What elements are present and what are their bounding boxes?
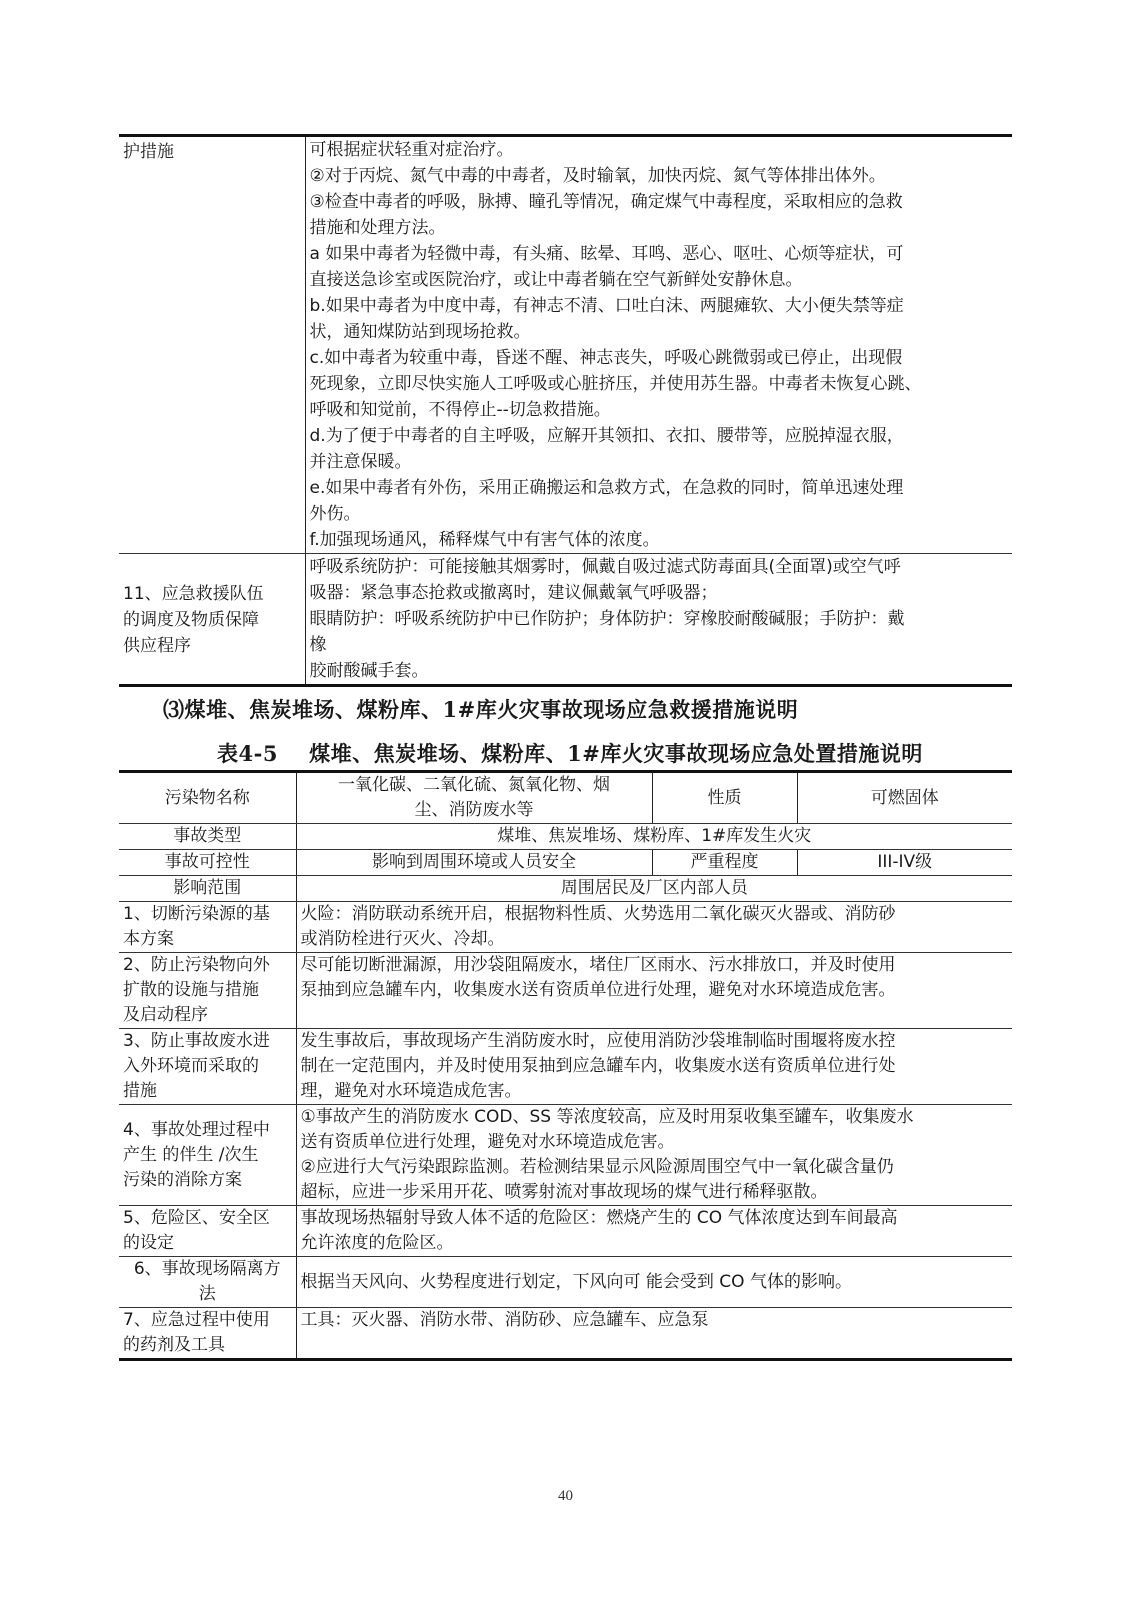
content-line: d.为了便于中毒者的自主呼吸，应解开其领扣、衣扣、腰带等，应脱掉湿衣服， [310,423,1009,449]
row-label: 1、切断污染源的基 本方案 [119,902,296,953]
row-content: 工具：灭火器、消防水带、消防砂、应急罐车、应急泵 [296,1308,1012,1360]
content-line: ②对于丙烷、氮气中毒的中毒者，及时输氧，加快丙烷、氮气等体排出体外。 [310,163,1009,189]
row-label: 4、事故处理过程中 产生 的伴生 /次生 污染的消除方案 [119,1105,296,1206]
content-line: 状，通知煤防站到现场抢救。 [310,319,1009,345]
row-label-text: 及启动程序 [123,1003,292,1028]
row-content: 发生事故后，事故现场产生消防废水时，应使用消防沙袋堆制临时围堰将废水控 制在一定… [296,1029,1012,1105]
row-content: 火险：消防联动系统开启，根据物料性质、火势选用二氧化碳灭火器或、消防砂 或消防栓… [296,902,1012,953]
table-row: 事故类型 煤堆、焦炭堆场、煤粉库、1#库发生火灾 [119,824,1012,850]
impact-scope-label: 影响范围 [119,876,296,902]
content-line: 并注意保暖。 [310,449,1009,475]
content-line: 胶耐酸碱手套。 [310,658,1009,684]
document-page: 护措施 可根据症状轻重对症治疗。 ②对于丙烷、氮气中毒的中毒者，及时输氧，加快丙… [0,0,1131,1600]
row-label-text: 入外环境而采取的 [123,1054,292,1079]
row-label-text: 11、应急救援队伍 [123,581,301,607]
row-label-text: 3、防止事故废水进 [123,1029,292,1054]
row-content: 事故现场热辐射导致人体不适的危险区：燃烧产生的 CO 气体浓度达到车间最高 允许… [296,1206,1012,1257]
table-row: 事故可控性 影响到周围环境或人员安全 严重程度 III-IV级 [119,850,1012,876]
row-label-text: 措施 [123,1079,292,1104]
table-caption: 表4-5 煤堆、焦炭堆场、煤粉库、1#库火灾事故现场应急处置措施说明 [217,738,923,768]
content-line: 送有资质单位进行处理，避免对水环境造成危害。 [301,1130,1009,1155]
content-line: f.加强现场通风，稀释煤气中有害气体的浓度。 [310,527,1009,553]
content-line: ②应进行大气污染跟踪监测。若检测结果显示风险源周围空气中一氧化碳含量仍 [301,1155,1009,1180]
table-row: 护措施 可根据症状轻重对症治疗。 ②对于丙烷、氮气中毒的中毒者，及时输氧，加快丙… [119,136,1012,554]
content-line: 发生事故后，事故现场产生消防废水时，应使用消防沙袋堆制临时围堰将废水控 [301,1029,1009,1054]
content-line: 超标，应进一步采用开花、喷雾射流对事故现场的煤气进行稀释驱散。 [301,1180,1009,1205]
measures-table-continuation: 护措施 可根据症状轻重对症治疗。 ②对于丙烷、氮气中毒的中毒者，及时输氧，加快丙… [119,134,1012,687]
row-label-text: 法 [123,1282,292,1307]
severity-value: III-IV级 [797,850,1012,876]
accident-type-value: 煤堆、焦炭堆场、煤粉库、1#库发生火灾 [296,824,1012,850]
content-line: a 如果中毒者为轻微中毒，有头痛、眩晕、耳鸣、恶心、呕吐、心烦等症状，可 [310,241,1009,267]
pollutant-line: 一氧化碳、二氧化硫、氮氧化物、烟 [301,773,648,798]
row-label-text: 6、事故现场隔离方 [123,1257,292,1282]
row-label: 护措施 [119,136,305,554]
row-content: 尽可能切断泄漏源，用沙袋阻隔废水，堵住厂区雨水、污水排放口，并及时使用 泵抽到应… [296,953,1012,1029]
pollutant-name-value: 一氧化碳、二氧化硫、氮氧化物、烟 尘、消防废水等 [296,772,652,824]
impact-scope-value: 周围居民及厂区内部人员 [296,876,1012,902]
content-line: 工具：灭火器、消防水带、消防砂、应急罐车、应急泵 [301,1308,1009,1333]
table-row: 11、应急救援队伍 的调度及物质保障 供应程序 呼吸系统防护：可能接触其烟雾时，… [119,554,1012,686]
row-label: 11、应急救援队伍 的调度及物质保障 供应程序 [119,554,305,686]
row-label-text: 1、切断污染源的基 [123,902,292,927]
row-content: ①事故产生的消防废水 COD、SS 等浓度较高，应及时用泵收集至罐车，收集废水 … [296,1105,1012,1206]
content-line: ①事故产生的消防废水 COD、SS 等浓度较高，应及时用泵收集至罐车，收集废水 [301,1105,1009,1130]
content-line: 理，避免对水环境造成危害。 [301,1079,1009,1104]
row-label: 2、防止污染物向外 扩散的设施与措施 及启动程序 [119,953,296,1029]
row-label-text: 的调度及物质保障 [123,607,301,633]
row-content: 根据当天风向、火势程度进行划定，下风向可 能会受到 CO 气体的影响。 [296,1257,1012,1308]
table-row: 7、应急过程中使用 的药剂及工具 工具：灭火器、消防水带、消防砂、应急罐车、应急… [119,1308,1012,1360]
content-line: 根据当天风向、火势程度进行划定，下风向可 能会受到 CO 气体的影响。 [301,1270,1009,1295]
content-line: 呼吸系统防护：可能接触其烟雾时，佩戴自吸过滤式防毒面具(全面罩)或空气呼 [310,554,1009,580]
content-line: 可根据症状轻重对症治疗。 [310,137,1009,163]
row-label-text: 供应程序 [123,633,301,659]
row-label: 5、危险区、安全区 的设定 [119,1206,296,1257]
row-label: 7、应急过程中使用 的药剂及工具 [119,1308,296,1360]
row-label-text: 4、事故处理过程中 [123,1118,292,1143]
content-line: 呼吸和知觉前，不得停止--切急救措施。 [310,397,1009,423]
content-line: 外伤。 [310,501,1009,527]
row-label: 6、事故现场隔离方 法 [119,1257,296,1308]
table-row: 6、事故现场隔离方 法 根据当天风向、火势程度进行划定，下风向可 能会受到 CO… [119,1257,1012,1308]
pollutant-name-label: 污染物名称 [119,772,296,824]
row-label: 3、防止事故废水进 入外环境而采取的 措施 [119,1029,296,1105]
table-row: 影响范围 周围居民及厂区内部人员 [119,876,1012,902]
row-content: 可根据症状轻重对症治疗。 ②对于丙烷、氮气中毒的中毒者，及时输氧，加快丙烷、氮气… [305,136,1012,554]
row-label-text: 污染的消除方案 [123,1168,292,1193]
content-line: 火险：消防联动系统开启，根据物料性质、火势选用二氧化碳灭火器或、消防砂 [301,902,1009,927]
row-label-text: 7、应急过程中使用 [123,1308,292,1333]
content-line: 措施和处理方法。 [310,215,1009,241]
table-row: 5、危险区、安全区 的设定 事故现场热辐射导致人体不适的危险区：燃烧产生的 CO… [119,1206,1012,1257]
table-4-5: 污染物名称 一氧化碳、二氧化硫、氮氧化物、烟 尘、消防废水等 性质 可燃固体 事… [119,770,1012,1361]
page-number: 40 [0,1488,1131,1505]
severity-label: 严重程度 [652,850,797,876]
content-line: 事故现场热辐射导致人体不适的危险区：燃烧产生的 CO 气体浓度达到车间最高 [301,1206,1009,1231]
content-line: e.如果中毒者有外伤，采用正确搬运和急救方式，在急救的同时，简单迅速处理 [310,475,1009,501]
row-label-text: 的设定 [123,1231,292,1256]
content-line: 死现象，立即尽快实施人工呼吸或心脏挤压，并使用苏生器。中毒者未恢复心跳、 [310,371,1009,397]
row-content: 呼吸系统防护：可能接触其烟雾时，佩戴自吸过滤式防毒面具(全面罩)或空气呼 吸器：… [305,554,1012,686]
property-value: 可燃固体 [797,772,1012,824]
property-label: 性质 [652,772,797,824]
row-label-text: 产生 的伴生 /次生 [123,1143,292,1168]
table-row: 4、事故处理过程中 产生 的伴生 /次生 污染的消除方案 ①事故产生的消防废水 … [119,1105,1012,1206]
content-line: 泵抽到应急罐车内，收集废水送有资质单位进行处理，避免对水环境造成危害。 [301,978,1009,1003]
content-line: 直接送急诊室或医院治疗，或让中毒者躺在空气新鲜处安静休息。 [310,267,1009,293]
row-label-text: 本方案 [123,927,292,952]
section-heading: ⑶煤堆、焦炭堆场、煤粉库、1#库火灾事故现场应急救援措施说明 [163,694,798,724]
content-line: 吸器：紧急事态抢救或撤离时，建议佩戴氧气呼吸器； [310,580,1009,606]
table-row: 2、防止污染物向外 扩散的设施与措施 及启动程序 尽可能切断泄漏源，用沙袋阻隔废… [119,953,1012,1029]
table-row: 3、防止事故废水进 入外环境而采取的 措施 发生事故后，事故现场产生消防废水时，… [119,1029,1012,1105]
content-line: 眼睛防护：呼吸系统防护中已作防护；身体防护：穿橡胶耐酸碱服；手防护：戴 [310,606,1009,632]
row-label-text: 的药剂及工具 [123,1333,292,1358]
content-line: c.如中毒者为较重中毒，昏迷不醒、神志丧失，呼吸心跳微弱或已停止，出现假 [310,345,1009,371]
table-row: 1、切断污染源的基 本方案 火险：消防联动系统开启，根据物料性质、火势选用二氧化… [119,902,1012,953]
table-row: 污染物名称 一氧化碳、二氧化硫、氮氧化物、烟 尘、消防废水等 性质 可燃固体 [119,772,1012,824]
row-label-text: 扩散的设施与措施 [123,978,292,1003]
accident-type-label: 事故类型 [119,824,296,850]
content-line: ③检查中毒者的呼吸，脉搏、瞳孔等情况，确定煤气中毒程度，采取相应的急救 [310,189,1009,215]
content-line: 橡 [310,632,1009,658]
content-line: 制在一定范围内，并及时使用泵抽到应急罐车内，收集废水送有资质单位进行处 [301,1054,1009,1079]
controllability-label: 事故可控性 [119,850,296,876]
content-line: 允许浓度的危险区。 [301,1231,1009,1256]
row-label-text: 护措施 [123,142,174,162]
content-line: 或消防栓进行灭火、冷却。 [301,927,1009,952]
content-line: b.如果中毒者为中度中毒，有神志不清、口吐白沫、两腿瘫软、大小便失禁等症 [310,293,1009,319]
controllability-value: 影响到周围环境或人员安全 [296,850,652,876]
content-line: 尽可能切断泄漏源，用沙袋阻隔废水，堵住厂区雨水、污水排放口，并及时使用 [301,953,1009,978]
row-label-text: 5、危险区、安全区 [123,1206,292,1231]
row-label-text: 2、防止污染物向外 [123,953,292,978]
pollutant-line: 尘、消防废水等 [301,798,648,823]
